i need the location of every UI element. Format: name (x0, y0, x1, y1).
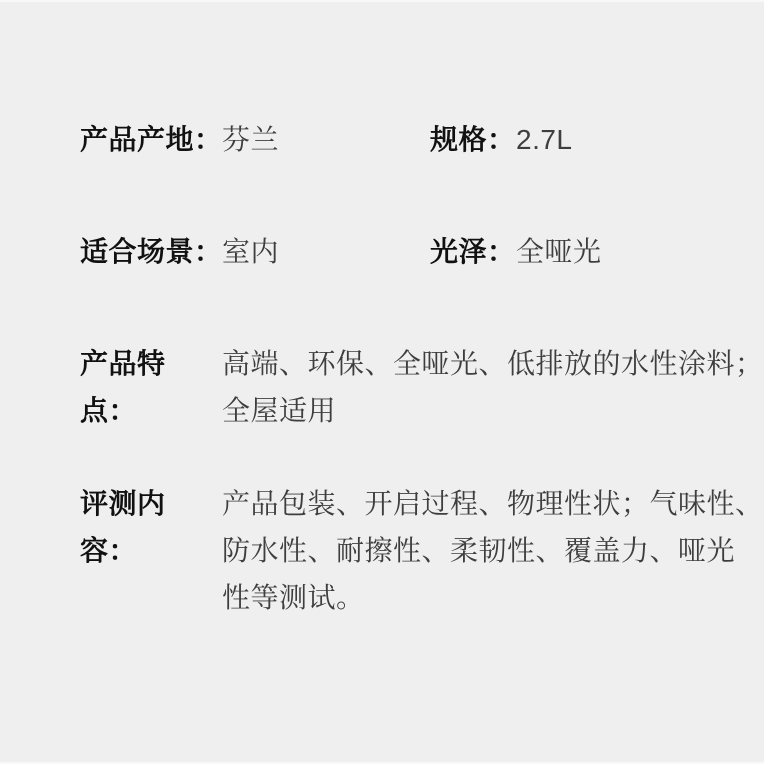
review-label: 评测内容： (80, 480, 222, 574)
spec-row-features: 产品特点： 高端、环保、全哑光、低排放的水性涂料； 全屋适用 (80, 340, 764, 434)
spec-pair-scene: 适合场景： 室内 (80, 236, 279, 268)
size-label: 规格： (430, 124, 516, 156)
origin-label: 产品产地： (80, 124, 222, 156)
scene-label: 适合场景： (80, 236, 222, 268)
spec-pair-size: 规格： 2.7L (430, 124, 573, 156)
review-value-line: 产品包装、开启过程、物理性状；气味性、 (222, 480, 764, 527)
gloss-value: 全哑光 (516, 236, 602, 268)
features-label: 产品特点： (80, 340, 222, 434)
spec-pair-gloss: 光泽： 全哑光 (430, 236, 602, 268)
review-value-line: 防水性、耐擦性、柔韧性、覆盖力、哑光 (222, 527, 764, 574)
review-value-line: 性等测试。 (222, 574, 764, 621)
top-edge-divider (0, 0, 764, 2)
features-value-line: 高端、环保、全哑光、低排放的水性涂料； (222, 340, 764, 387)
scene-value: 室内 (222, 236, 279, 268)
product-spec-panel: 产品产地： 芬兰 规格： 2.7L 适合场景： 室内 光泽： 全哑光 产品特点：… (0, 0, 764, 764)
spec-pair-origin: 产品产地： 芬兰 (80, 124, 279, 156)
gloss-label: 光泽： (430, 236, 516, 268)
review-value: 产品包装、开启过程、物理性状；气味性、 防水性、耐擦性、柔韧性、覆盖力、哑光 性… (222, 480, 764, 621)
spec-row-review: 评测内容： 产品包装、开启过程、物理性状；气味性、 防水性、耐擦性、柔韧性、覆盖… (80, 480, 764, 621)
features-value-line: 全屋适用 (222, 387, 764, 434)
size-value: 2.7L (516, 124, 573, 156)
features-value: 高端、环保、全哑光、低排放的水性涂料； 全屋适用 (222, 340, 764, 434)
origin-value: 芬兰 (222, 124, 279, 156)
